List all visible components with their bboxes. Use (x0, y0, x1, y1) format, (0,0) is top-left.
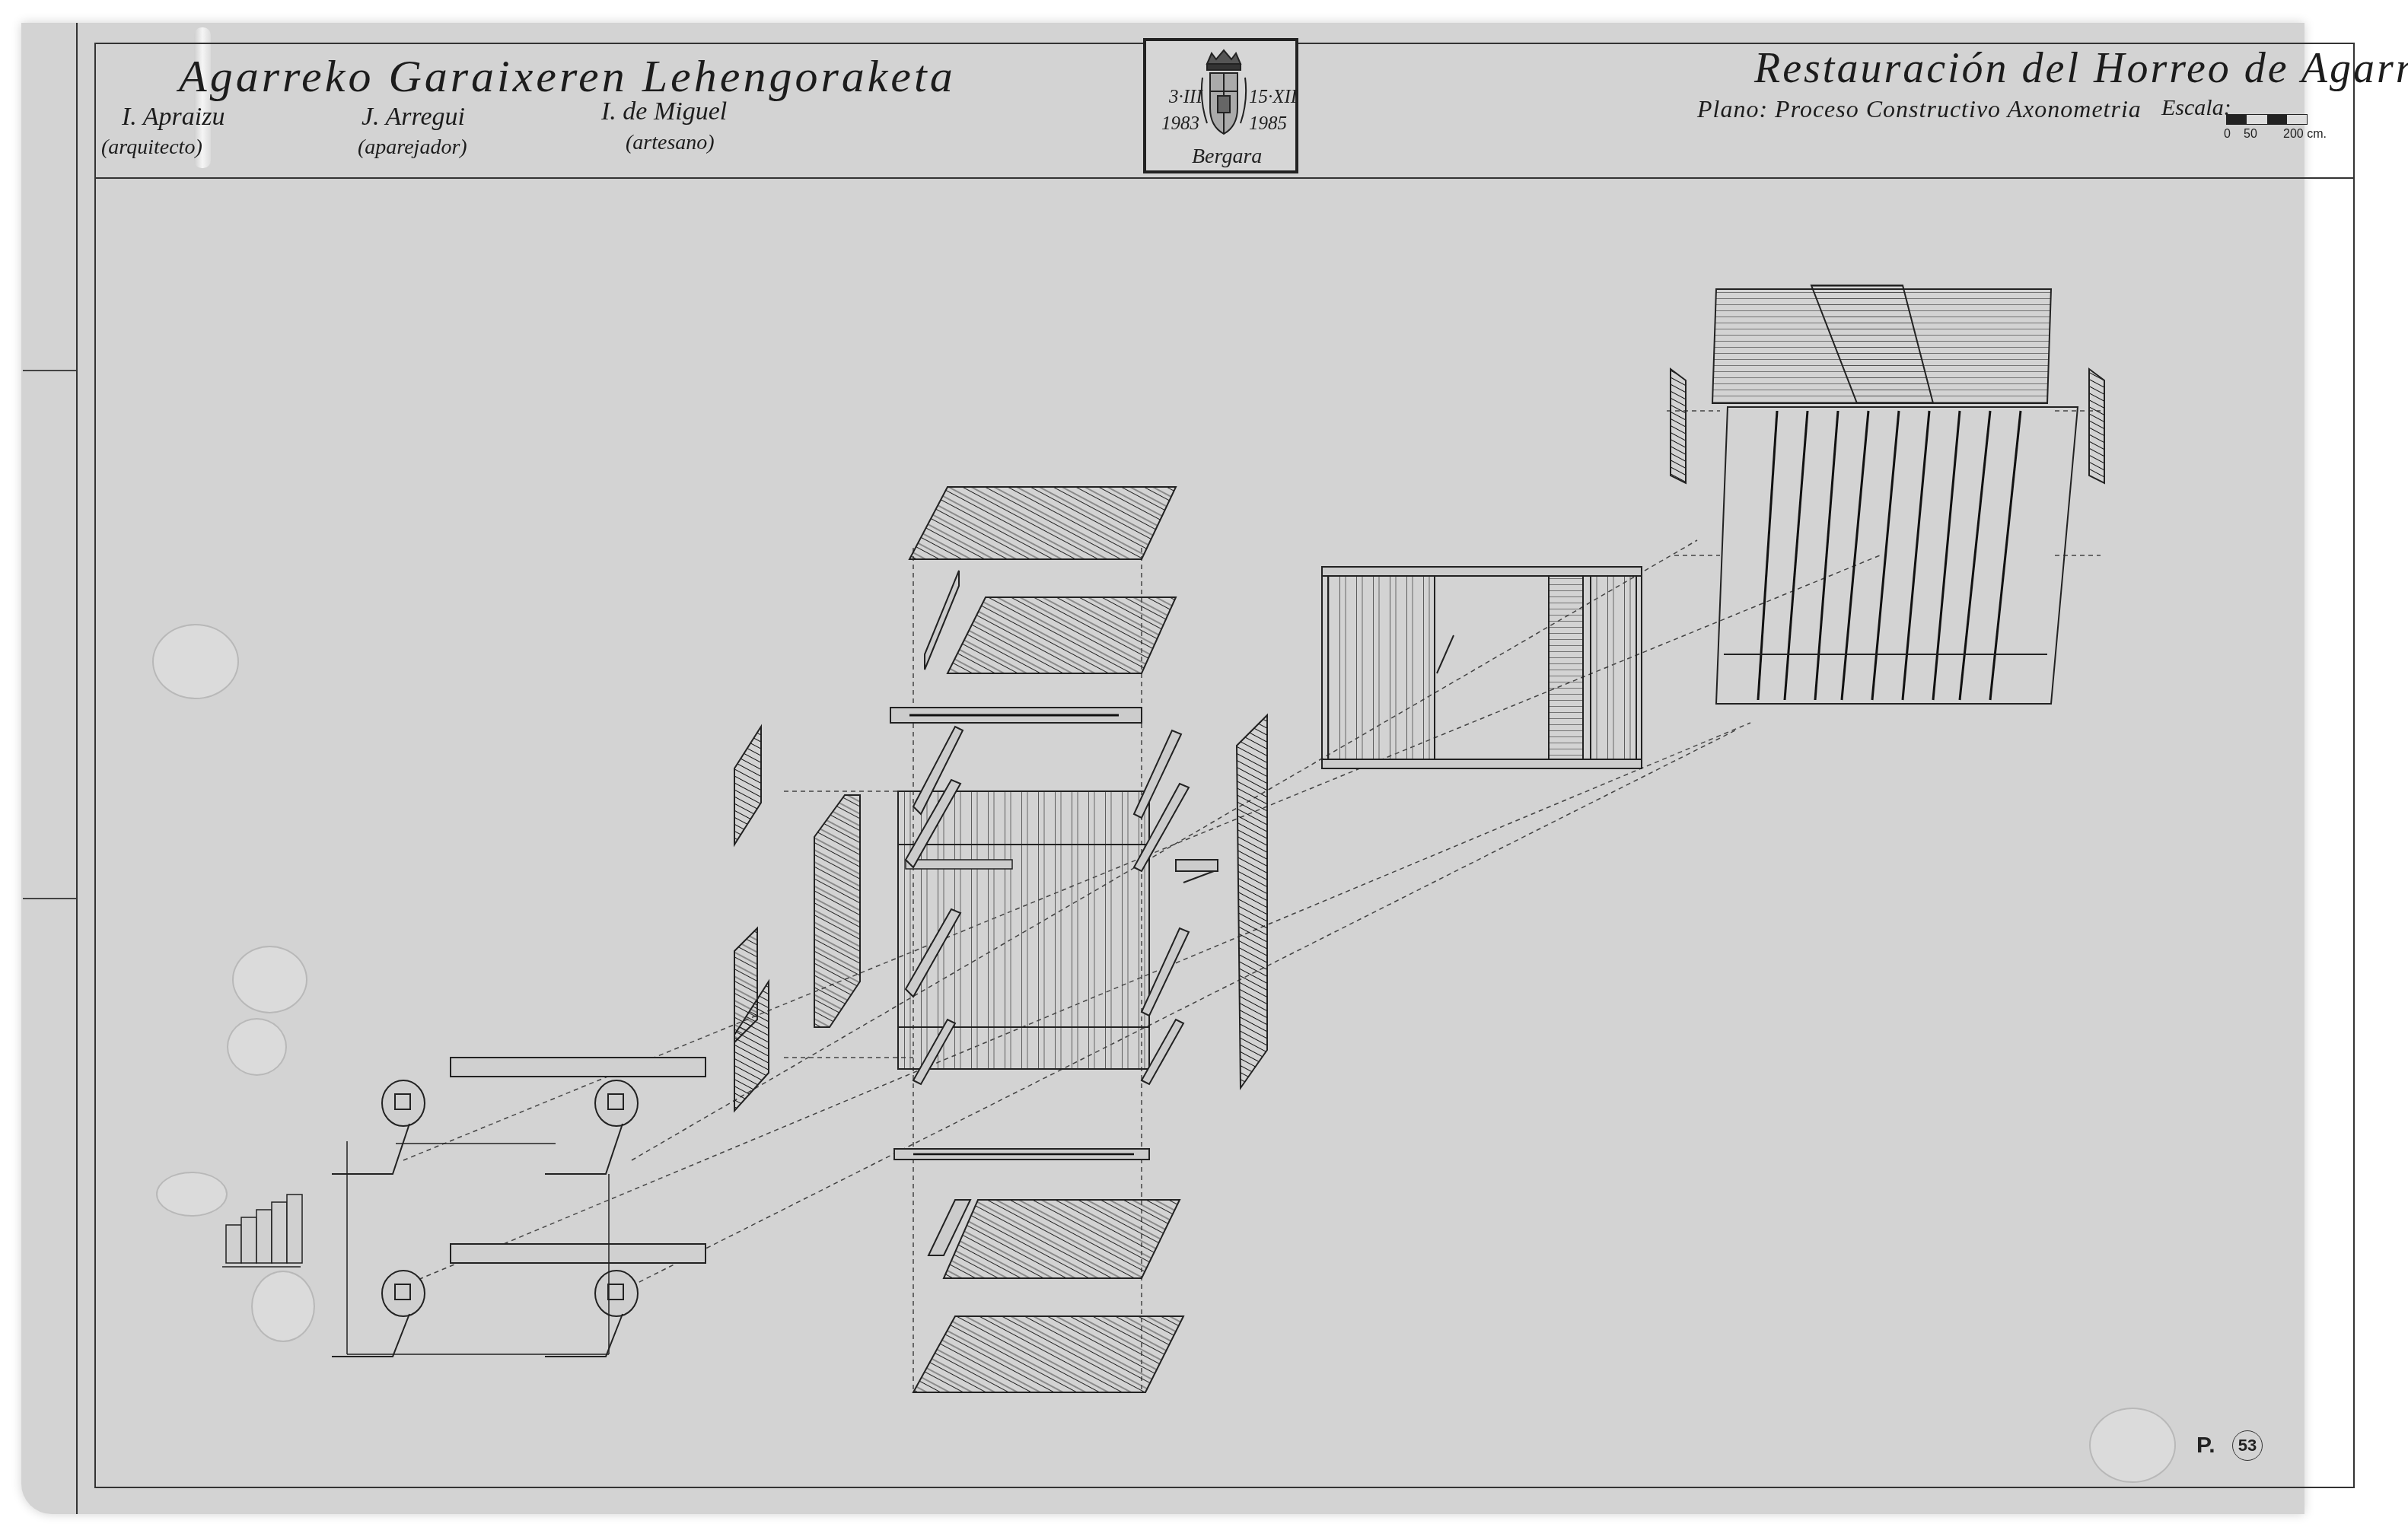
page-prefix: P. (2196, 1433, 2215, 1459)
side-wall-panel-left-inner (814, 795, 860, 1027)
side-wall-panel-right (1237, 715, 1267, 1088)
stone-steps (222, 1195, 302, 1267)
bracket (1176, 860, 1218, 883)
side-wall-panel-left-outer (734, 727, 761, 845)
notched-beams (451, 1058, 706, 1263)
page-number-badge: 53 (2232, 1430, 2263, 1461)
lower-floor-planks (913, 1200, 1183, 1392)
foundation-pillars (332, 1080, 638, 1357)
top-roof-planks (909, 487, 1176, 559)
central-wall-frame (898, 791, 1149, 1069)
roof-structure (1671, 285, 2104, 704)
roof-frame-plan (1322, 567, 1642, 768)
upper-floor-planks (925, 571, 1176, 673)
exploded-axonometric-drawing (0, 0, 2408, 1527)
